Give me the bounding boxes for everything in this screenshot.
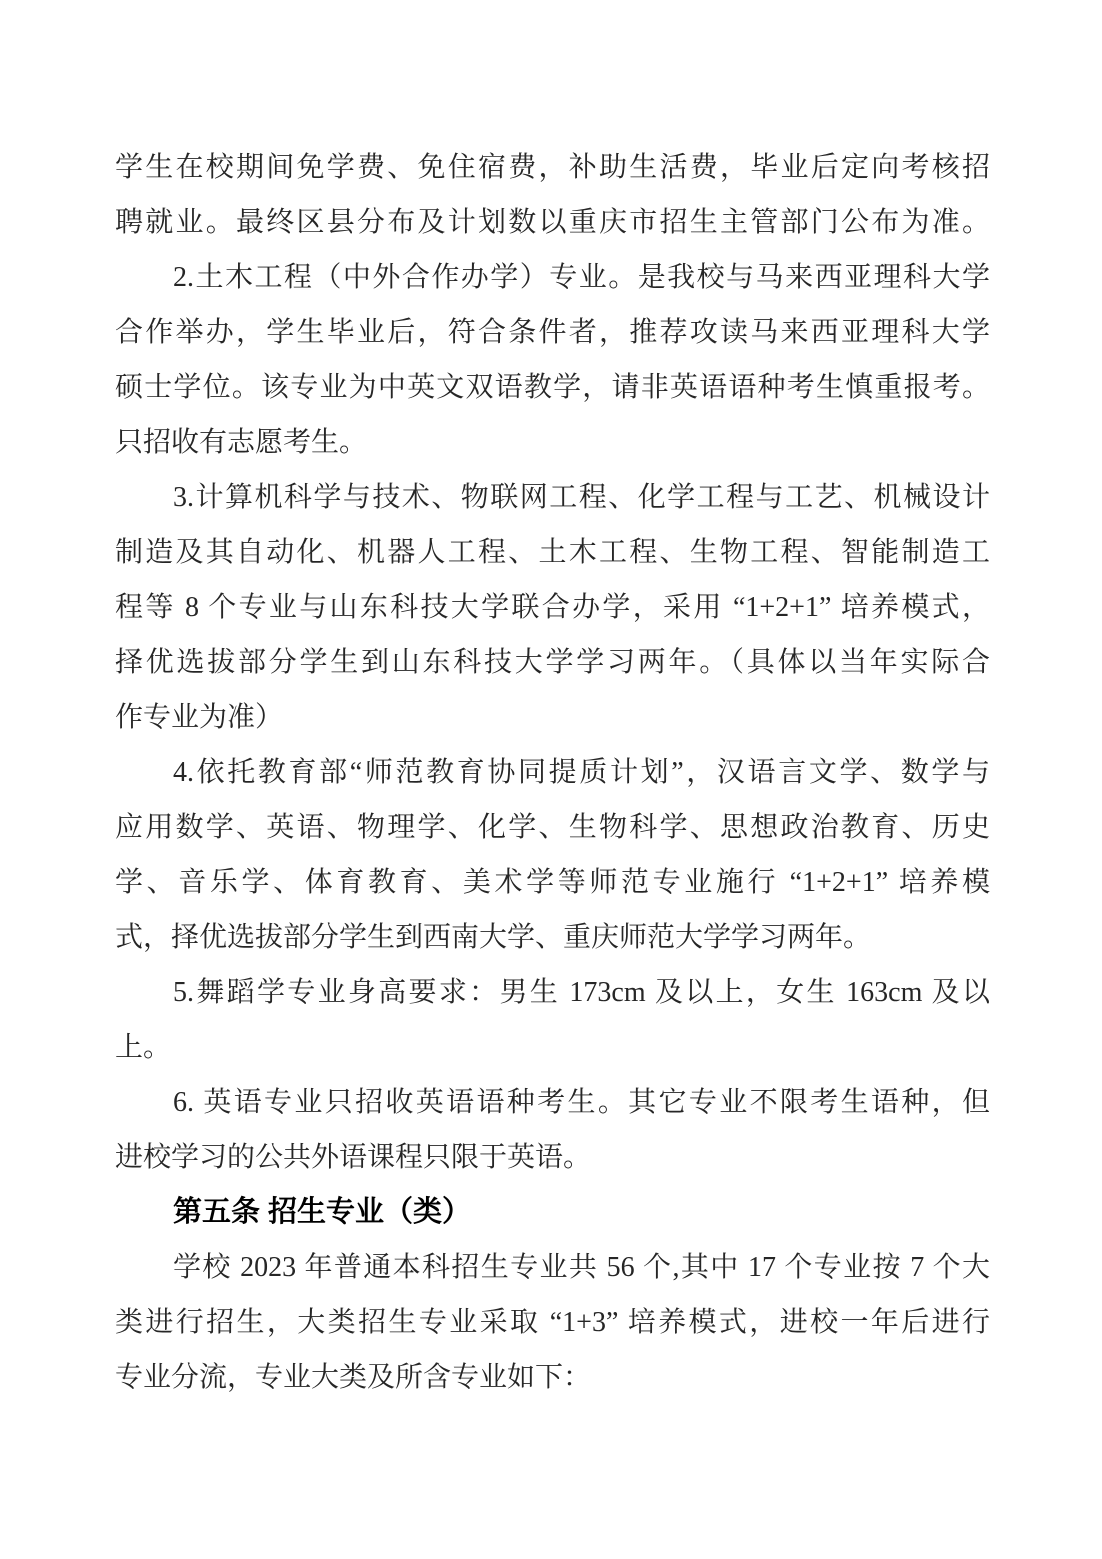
text-line: 作专业为准） (115, 690, 990, 745)
paragraph: 6. 英语专业只招收英语语种考生。其它专业不限考生语种，但进校学习的公共外语课程… (115, 1075, 990, 1185)
text-line: 择优选拔部分学生到山东科技大学学习两年。（具体以当年实际合 (115, 635, 990, 690)
text-line: 4.依托教育部“师范教育协同提质计划”，汉语言文学、数学与 (115, 745, 990, 800)
text-line: 应用数学、英语、物理学、化学、生物科学、思想政治教育、历史 (115, 800, 990, 855)
text-line: 只招收有志愿考生。 (115, 415, 990, 470)
text-line: 进校学习的公共外语课程只限于英语。 (115, 1130, 990, 1185)
document-content: 学生在校期间免学费、免住宿费，补助生活费，毕业后定向考核招聘就业。最终区县分布及… (0, 0, 1102, 1405)
text-line: 合作举办，学生毕业后，符合条件者，推荐攻读马来西亚理科大学 (115, 305, 990, 360)
text-line: 制造及其自动化、机器人工程、土木工程、生物工程、智能制造工 (115, 525, 990, 580)
section-heading-text: 第五条 招生专业（类） (115, 1185, 990, 1240)
document-page: 学生在校期间免学费、免住宿费，补助生活费，毕业后定向考核招聘就业。最终区县分布及… (0, 0, 1102, 1559)
text-line: 学生在校期间免学费、免住宿费，补助生活费，毕业后定向考核招 (115, 140, 990, 195)
text-line: 硕士学位。该专业为中英文双语教学，请非英语语种考生慎重报考。 (115, 360, 990, 415)
text-line: 2.土木工程（中外合作办学）专业。是我校与马来西亚理科大学 (115, 250, 990, 305)
paragraph: 学校 2023 年普通本科招生专业共 56 个,其中 17 个专业按 7 个大类… (115, 1240, 990, 1405)
paragraph: 学生在校期间免学费、免住宿费，补助生活费，毕业后定向考核招聘就业。最终区县分布及… (115, 140, 990, 250)
text-line: 上。 (115, 1020, 990, 1075)
text-line: 6. 英语专业只招收英语语种考生。其它专业不限考生语种，但 (115, 1075, 990, 1130)
text-line: 学校 2023 年普通本科招生专业共 56 个,其中 17 个专业按 7 个大 (115, 1240, 990, 1295)
text-line: 式，择优选拔部分学生到西南大学、重庆师范大学学习两年。 (115, 910, 990, 965)
text-line: 聘就业。最终区县分布及计划数以重庆市招生主管部门公布为准。 (115, 195, 990, 250)
paragraph: 2.土木工程（中外合作办学）专业。是我校与马来西亚理科大学合作举办，学生毕业后，… (115, 250, 990, 470)
text-line: 学、音乐学、体育教育、美术学等师范专业施行 “1+2+1” 培养模 (115, 855, 990, 910)
text-line: 类进行招生，大类招生专业采取 “1+3” 培养模式，进校一年后进行 (115, 1295, 990, 1350)
text-line: 5.舞蹈学专业身高要求：男生 173cm 及以上，女生 163cm 及以 (115, 965, 990, 1020)
text-line: 3.计算机科学与技术、物联网工程、化学工程与工艺、机械设计 (115, 470, 990, 525)
text-line: 专业分流，专业大类及所含专业如下： (115, 1350, 990, 1405)
paragraph: 5.舞蹈学专业身高要求：男生 173cm 及以上，女生 163cm 及以上。 (115, 965, 990, 1075)
text-line: 程等 8 个专业与山东科技大学联合办学，采用 “1+2+1” 培养模式， (115, 580, 990, 635)
paragraph: 4.依托教育部“师范教育协同提质计划”，汉语言文学、数学与应用数学、英语、物理学… (115, 745, 990, 965)
paragraph: 3.计算机科学与技术、物联网工程、化学工程与工艺、机械设计制造及其自动化、机器人… (115, 470, 990, 745)
section-heading: 第五条 招生专业（类） (115, 1185, 990, 1240)
